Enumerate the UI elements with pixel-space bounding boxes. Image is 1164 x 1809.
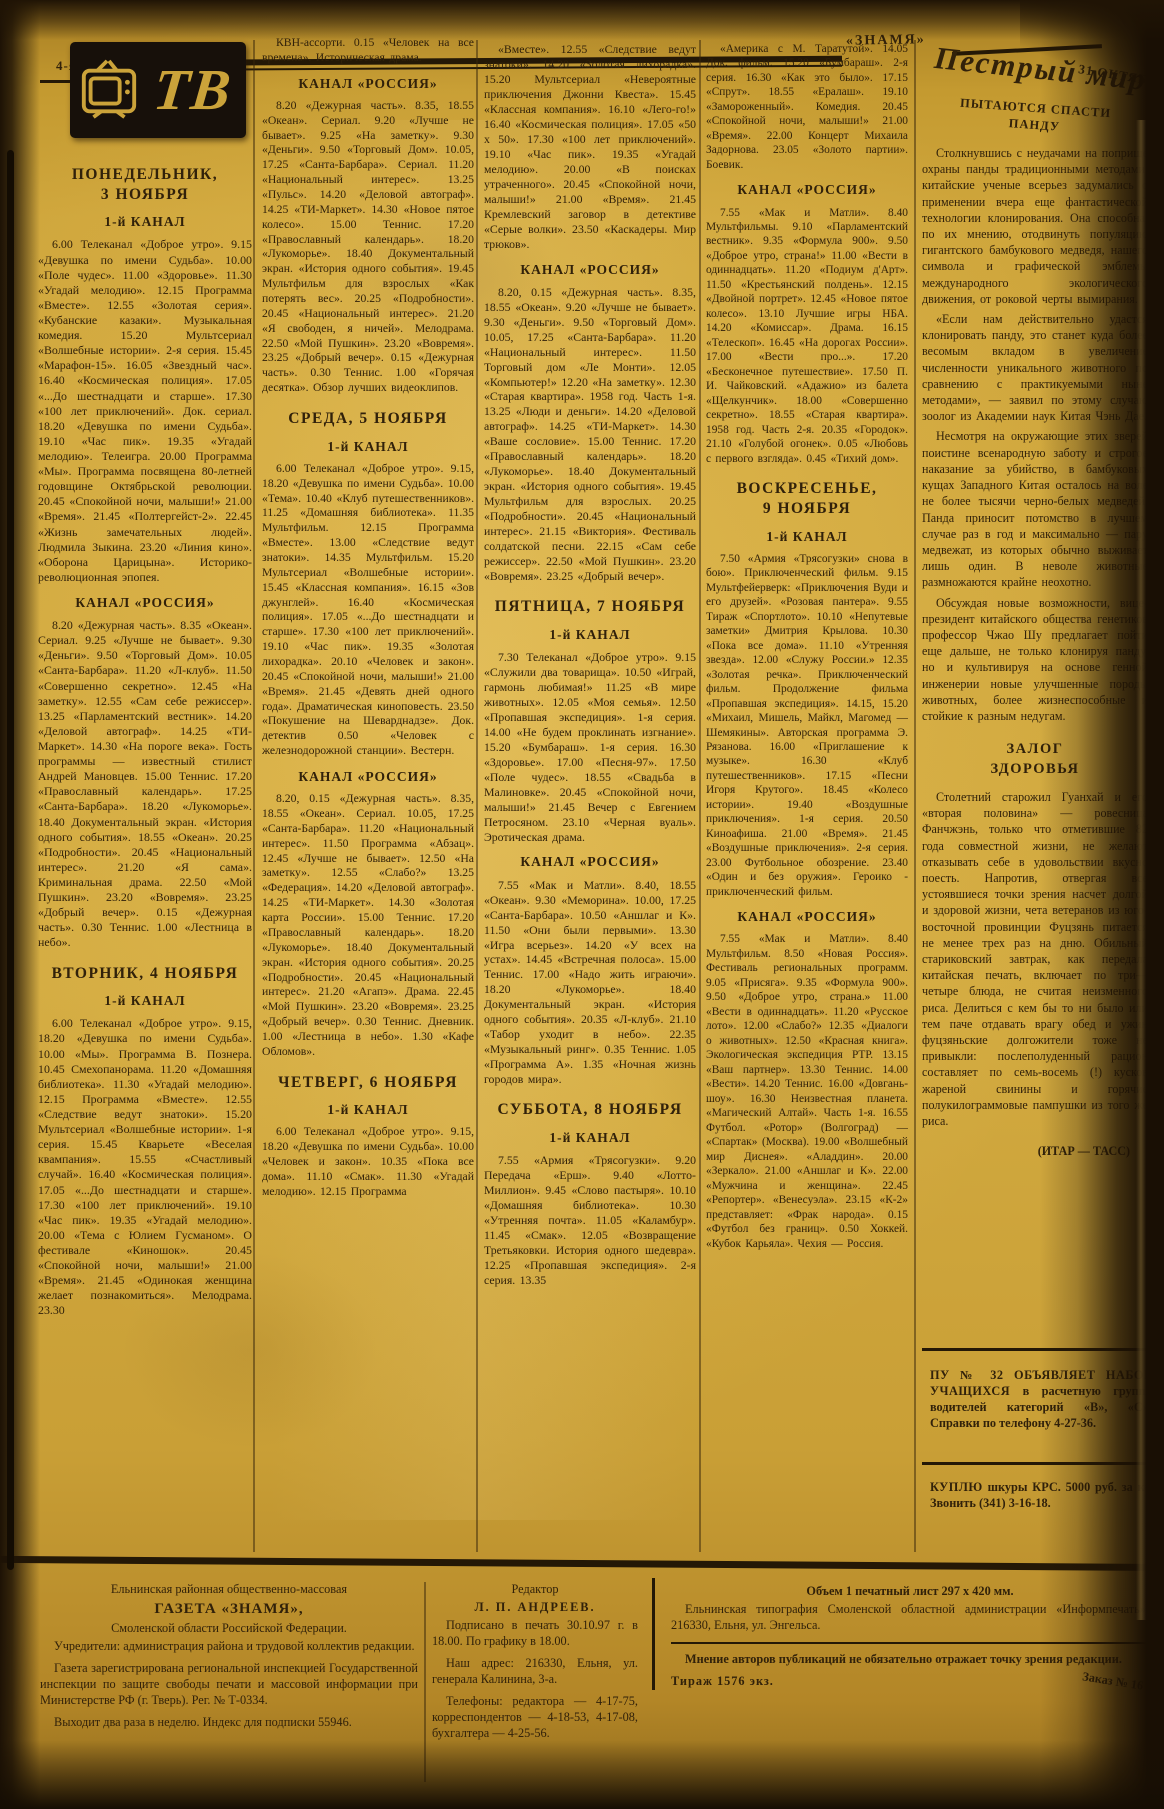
panda-article: Столкнувшись с неудачами на поприще охра…: [922, 145, 1148, 724]
circulation-line: Тираж 1576 экз.: [671, 1674, 774, 1690]
listing-paragraph: 7.55 «Мак и Матли». 8.40 Мультфильм. 8.5…: [706, 932, 908, 1251]
listing-paragraph: 7.50 «Армия «Трясогузки» снова в бою». П…: [706, 552, 908, 900]
channel-heading: 1-й КАНАЛ: [262, 438, 474, 455]
footer-inner-rule: [671, 1642, 1149, 1644]
channel-heading: КАНАЛ «РОССИЯ»: [706, 181, 908, 198]
listing-paragraph: 7.55 «Мак и Матли». 8.40, 18.55 «Океан».…: [484, 878, 696, 1088]
listing-paragraph: «Вместе». 12.55 «Следствие ведут знатоки…: [484, 42, 696, 252]
channel-heading: 1-й КАНАЛ: [262, 1101, 474, 1118]
health-article: Столетний старожил Гуанхай и его «вторая…: [922, 789, 1148, 1129]
ad-divider-rule: [922, 1462, 1148, 1465]
listing-paragraph: 7.55 «Армия «Трясогузки». 9.20 Передача …: [484, 1153, 696, 1288]
phones-line: Телефоны: редактора — 4-17-75, корреспон…: [432, 1694, 638, 1742]
channel-heading: КАНАЛ «РОССИЯ»: [706, 908, 908, 925]
listing-paragraph: 7.30 Телеканал «Доброе утро». 9.15 «Служ…: [484, 650, 696, 845]
channel-heading: 1-й КАНАЛ: [38, 992, 252, 1009]
channel-heading: КАНАЛ «РОССИЯ»: [262, 768, 474, 785]
channel-heading: 1-й КАНАЛ: [484, 1129, 696, 1146]
tv-program-logo: ТВ: [70, 42, 246, 138]
news-agency-credit: (ИТАР — ТАСС): [922, 1143, 1148, 1159]
volume-line: Объем 1 печатный лист 297 х 420 мм.: [671, 1584, 1149, 1600]
tv-logo-letters: ТВ: [137, 61, 249, 119]
order-number-line: Заказ № 16: [1081, 1669, 1144, 1694]
sidebar-article-headline: ПЫТАЮТСЯ СПАСТИ ПАНДУ: [922, 92, 1148, 141]
footer-rule: [0, 1556, 1164, 1571]
channel-heading: КАНАЛ «РОССИЯ»: [484, 261, 696, 278]
article-paragraph: «Если нам действительно удастся клониров…: [922, 311, 1148, 424]
ad-title: КУПЛЮ: [930, 1480, 983, 1494]
day-heading: ПОНЕДЕЛЬНИК, 3 НОЯБРЯ: [38, 165, 252, 204]
channel-heading: КАНАЛ «РОССИЯ»: [38, 594, 252, 611]
footer-column-rule: [424, 1582, 426, 1782]
disclaimer-line: Мнение авторов публикаций не обязательно…: [671, 1652, 1149, 1668]
channel-heading: КАНАЛ «РОССИЯ»: [484, 853, 696, 870]
day-heading: ЧЕТВЕРГ, 6 НОЯБРЯ: [262, 1073, 474, 1093]
listing-paragraph: 8.20 «Дежурная часть». 8.35, 18.55 «Океа…: [262, 99, 474, 396]
listing-paragraph: 6.00 Телеканал «Доброе утро». 9.15, 18.2…: [262, 1125, 474, 1199]
column-rule: [476, 40, 478, 1552]
tv-set-icon: [78, 59, 140, 121]
listing-paragraph: 7.55 «Мак и Матли». 8.40 Мультфильмы. 9.…: [706, 206, 908, 467]
registration-line: Газета зарегистрирована региональной инс…: [40, 1661, 418, 1709]
article-paragraph: Несмотря на окружающие этих зверей поист…: [922, 428, 1148, 590]
subscription-line: Выходит два раза в неделю. Индекс для по…: [40, 1715, 418, 1731]
listing-paragraph: 6.00 Телеканал «Доброе утро». 9.15, 18.2…: [262, 462, 474, 759]
day-heading: СРЕДА, 5 НОЯБРЯ: [262, 409, 474, 429]
address-line: Наш адрес: 216330, Ельня, ул. генерала К…: [432, 1656, 638, 1688]
imprint-line: Смоленской области Российской Федерации.: [40, 1621, 418, 1637]
article-paragraph: Обсуждая новые возможности, вице-президе…: [922, 595, 1148, 725]
listing-paragraph: 8.20 «Дежурная часть». 8.35 «Океан». Сер…: [38, 618, 252, 950]
listing-paragraph: «Америка с М. Таратутой». 14.05 Док. фил…: [706, 42, 908, 172]
column-rule: [914, 40, 916, 1552]
column-rule: [699, 40, 701, 1552]
newspaper-scan: 4-я стр. «ЗНАМЯ» 31 ОКТЯБРЯ ТВ: [0, 0, 1164, 1809]
listing-paragraph: КВН-ассорти. 0.15 «Человек на все времен…: [262, 36, 474, 66]
print-deadline-line: Подписано в печать 30.10.97 г. в 18.00. …: [432, 1618, 638, 1650]
listing-paragraph: 8.20, 0.15 «Дежурная часть». 8.35, 18.55…: [484, 285, 696, 584]
footer-editor-block: Редактор Л. П. АНДРЕЕВ. Подписано в печа…: [432, 1582, 638, 1748]
newspaper-page: 4-я стр. «ЗНАМЯ» 31 ОКТЯБРЯ ТВ: [0, 0, 1164, 1809]
channel-heading: 1-й КАНАЛ: [38, 213, 252, 230]
tv-listings-column-2: КВН-ассорти. 0.15 «Человек на все времен…: [262, 36, 474, 1550]
day-heading: ВОСКРЕСЕНЬЕ, 9 НОЯБРЯ: [706, 479, 908, 518]
channel-heading: 1-й КАНАЛ: [484, 626, 696, 643]
listing-paragraph: 6.00 Телеканал «Доброе утро». 9.15 «Деву…: [38, 237, 252, 585]
sidebar-title: Пестрый мир: [932, 40, 1148, 101]
footer-printing-block: Объем 1 печатный лист 297 х 420 мм. Ельн…: [652, 1578, 1159, 1690]
tv-listings-column-3: «Вместе». 12.55 «Следствие ведут знатоки…: [484, 42, 696, 1550]
tv-listings-column-1: ПОНЕДЕЛЬНИК, 3 НОЯБРЯ1-й КАНАЛ6.00 Телек…: [38, 152, 252, 1550]
footer-imprint: Ельнинская районная общественно-массовая…: [40, 1582, 418, 1737]
imprint-line: Ельнинская районная общественно-массовая: [40, 1582, 418, 1598]
sidebar-world-news: Пестрый мир ПЫТАЮТСЯ СПАСТИ ПАНДУ Столкн…: [922, 40, 1148, 1330]
ad-divider-rule: [922, 1348, 1148, 1351]
channel-heading: КАНАЛ «РОССИЯ»: [262, 75, 474, 92]
health-article-headline: ЗАЛОГ ЗДОРОВЬЯ: [922, 740, 1148, 779]
tv-listings-column-4: «Америка с М. Таратутой». 14.05 Док. фил…: [706, 42, 908, 1550]
day-heading: СУББОТА, 8 НОЯБРЯ: [484, 1100, 696, 1120]
printing-house-line: Ельнинская типография Смоленской областн…: [671, 1602, 1149, 1634]
founders-line: Учредители: администрация района и трудо…: [40, 1639, 418, 1655]
day-heading: ВТОРНИК, 4 НОЯБРЯ: [38, 964, 252, 984]
channel-heading: 1-й КАНАЛ: [706, 528, 908, 545]
day-heading: ПЯТНИЦА, 7 НОЯБРЯ: [484, 597, 696, 617]
article-paragraph: Столетний старожил Гуанхай и его «вторая…: [922, 789, 1148, 1129]
editor-name: Л. П. АНДРЕЕВ.: [432, 1600, 638, 1616]
ad-driving-school: ПУ № 32 ОБЪЯВЛЯЕТ НАБОР УЧАЩИХСЯ в расче…: [930, 1368, 1152, 1432]
column-rule: [253, 40, 255, 1552]
ad-buying-hides: КУПЛЮ шкуры КРС. 5000 руб. за кг. Звонит…: [930, 1480, 1152, 1512]
listing-paragraph: 6.00 Телеканал «Доброе утро». 9.15, 18.2…: [38, 1016, 252, 1318]
article-paragraph: Столкнувшись с неудачами на поприще охра…: [922, 145, 1148, 307]
editor-role: Редактор: [432, 1582, 638, 1598]
listing-paragraph: 8.20, 0.15 «Дежурная часть». 8.35, 18.55…: [262, 792, 474, 1059]
newspaper-name: ГАЗЕТА «ЗНАМЯ»,: [40, 1600, 418, 1620]
